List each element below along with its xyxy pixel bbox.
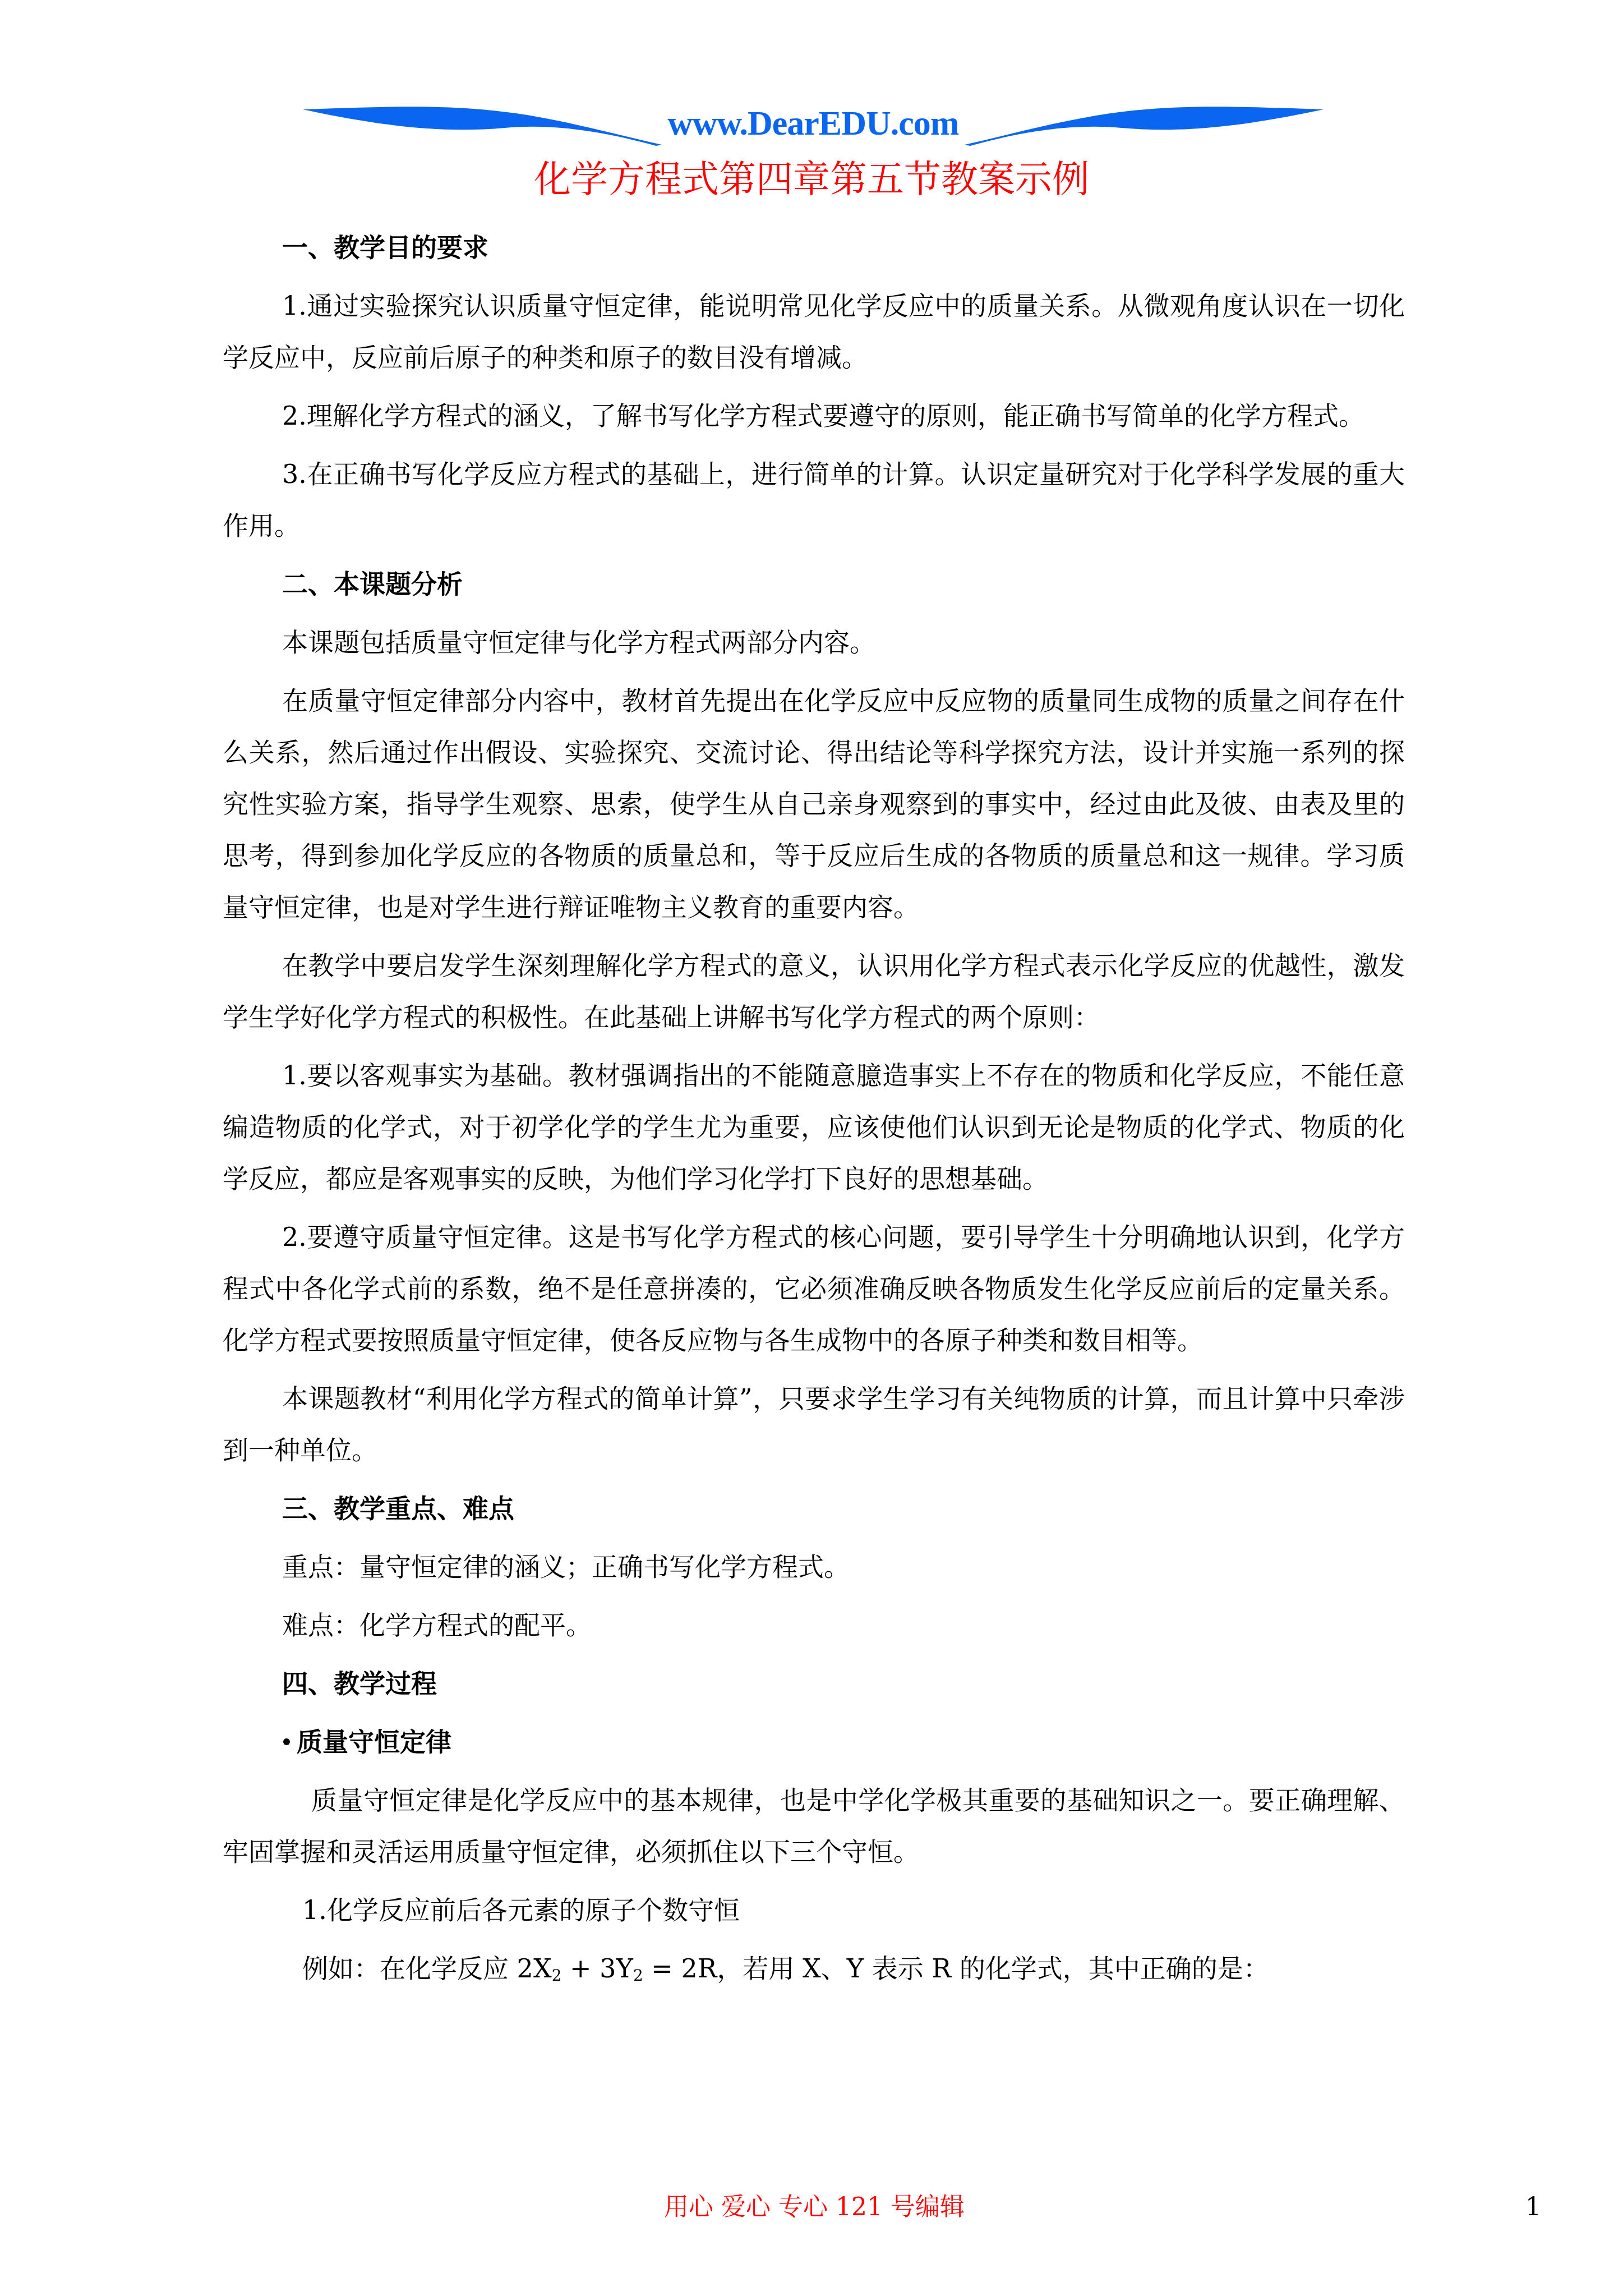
conservation-point-1: 1.化学反应前后各元素的原子个数守恒 [223, 1884, 1405, 1936]
section-heading-analysis: 二、本课题分析 [223, 558, 1405, 610]
example-suffix: = 2R，若用 X、Y 表示 R 的化学式，其中正确的是： [643, 1953, 1269, 1984]
example-equation: 例如：在化学反应 2X2 + 3Y2 = 2R，若用 X、Y 表示 R 的化学式… [223, 1943, 1405, 1994]
analysis-paragraph: 在质量守恒定律部分内容中，教材首先提出在化学反应中反应物的质量同生成物的质量之间… [223, 675, 1405, 933]
subscript: 2 [552, 1966, 562, 1985]
subheading-text: 质量守恒定律 [297, 1727, 451, 1757]
subheading-mass-conservation: 质量守恒定律 [223, 1716, 1405, 1768]
section-heading-objectives: 一、教学目的要求 [223, 222, 1405, 273]
example-prefix: 例如：在化学反应 2X [302, 1953, 552, 1984]
analysis-paragraph: 2.要遵守质量守恒定律。这是书写化学方程式的核心问题，要引导学生十分明确地认识到… [223, 1211, 1405, 1366]
page-number: 1 [1525, 2191, 1541, 2224]
site-banner: www.DearEDU.com [303, 101, 1324, 146]
process-intro: 质量守恒定律是化学反应中的基本规律，也是中学化学极其重要的基础知识之一。要正确理… [223, 1774, 1405, 1878]
bullet-icon [283, 1738, 290, 1745]
objective-item: 3.在正确书写化学反应方程式的基础上，进行简单的计算。认识定量研究对于化学科学发… [223, 448, 1405, 551]
banner-url: www.DearEDU.com [303, 101, 1324, 146]
subscript: 2 [633, 1966, 643, 1985]
analysis-paragraph: 本课题教材“利用化学方程式的简单计算”，只要求学生学习有关纯物质的计算，而且计算… [223, 1373, 1405, 1476]
difficulty-text: 难点：化学方程式的配平。 [223, 1599, 1405, 1651]
analysis-paragraph: 本课题包括质量守恒定律与化学方程式两部分内容。 [223, 616, 1405, 668]
analysis-paragraph: 在教学中要启发学生深刻理解化学方程式的意义，认识用化学方程式表示化学反应的优越性… [223, 940, 1405, 1043]
example-mid: + 3Y [561, 1953, 633, 1984]
document-body: 一、教学目的要求 1.通过实验探究认识质量守恒定律，能说明常见化学反应中的质量关… [223, 222, 1405, 2001]
objective-item: 2.理解化学方程式的涵义，了解书写化学方程式要遵守的原则，能正确书写简单的化学方… [223, 390, 1405, 441]
footer-slogan: 用心 爱心 专心 121 号编辑 [0, 2191, 1623, 2224]
objective-item: 1.通过实验探究认识质量守恒定律，能说明常见化学反应中的质量关系。从微观角度认识… [223, 280, 1405, 383]
document-title: 化学方程式第四章第五节教案示例 [0, 157, 1623, 202]
section-heading-process: 四、教学过程 [223, 1658, 1405, 1709]
section-heading-key-points: 三、教学重点、难点 [223, 1483, 1405, 1534]
key-point-text: 重点：量守恒定律的涵义；正确书写化学方程式。 [223, 1541, 1405, 1593]
analysis-paragraph: 1.要以客观事实为基础。教材强调指出的不能随意臆造事实上不存在的物质和化学反应，… [223, 1050, 1405, 1204]
